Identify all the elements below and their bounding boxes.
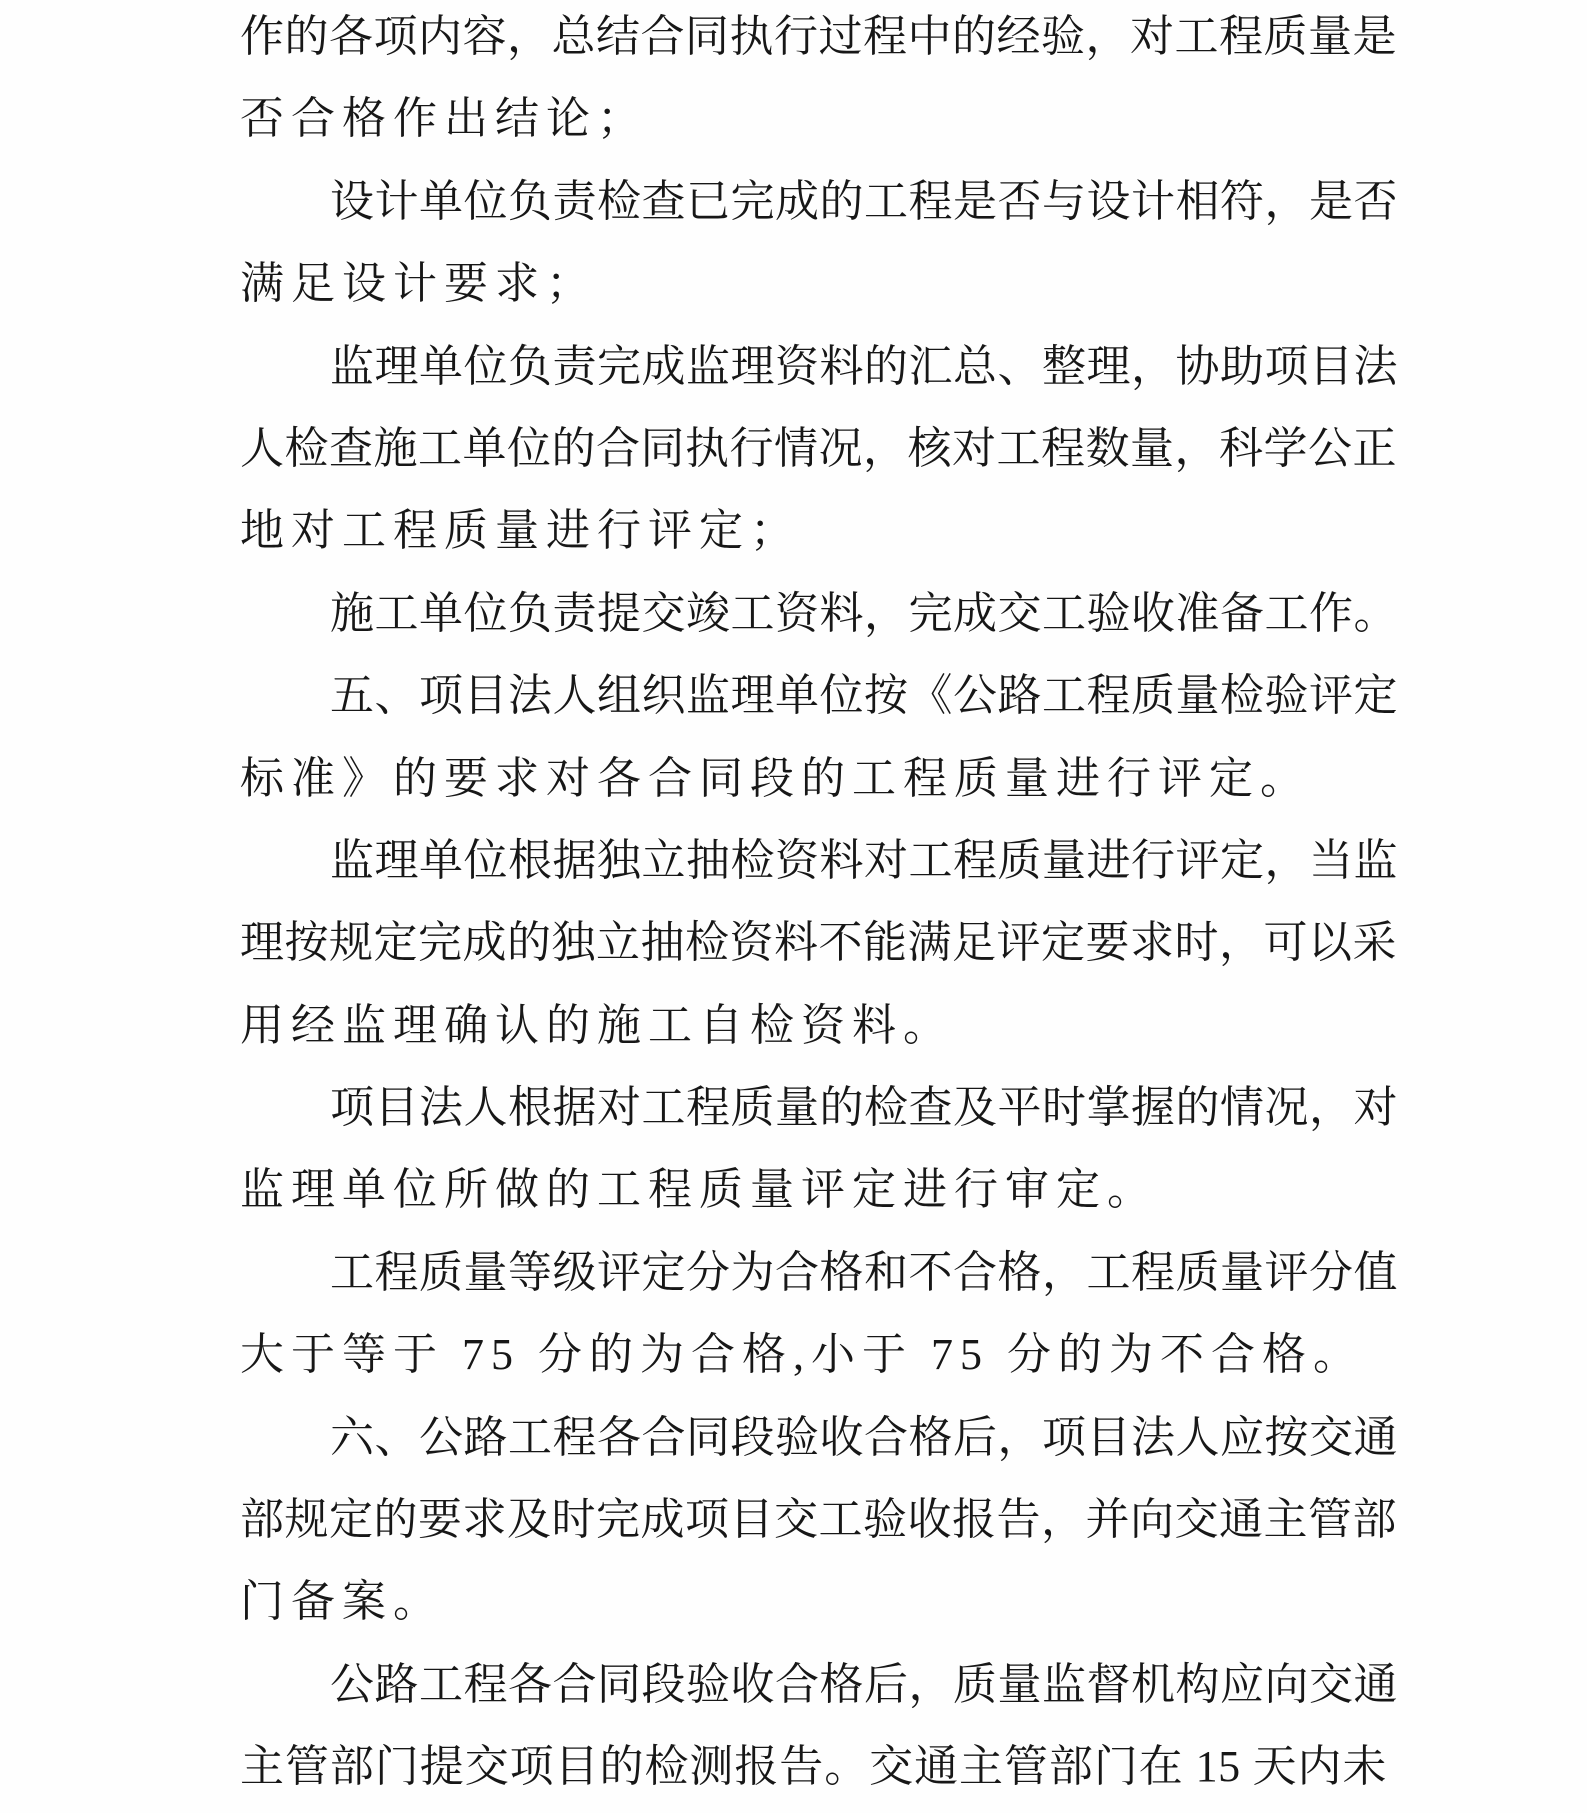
document-line: 项目法人根据对工程质量的检查及平时掌握的情况，对 — [240, 1067, 1387, 1149]
document-line: 标准》的要求对各合同段的工程质量进行评定。 — [240, 738, 1387, 820]
document-text-block: 作的各项内容，总结合同执行过程中的经验，对工程质量是 否合格作出结论； 设计单位… — [0, 0, 1387, 1809]
document-line: 理按规定完成的独立抽检资料不能满足评定要求时，可以采 — [240, 902, 1387, 984]
document-line: 监理单位所做的工程质量评定进行审定。 — [240, 1149, 1387, 1231]
document-line: 门备案。 — [240, 1561, 1387, 1643]
document-line: 否合格作出结论； — [240, 78, 1387, 160]
document-line: 施工单位负责提交竣工资料，完成交工验收准备工作。 — [240, 573, 1387, 655]
document-line: 设计单位负责检查已完成的工程是否与设计相符，是否 — [240, 161, 1387, 243]
document-page: 作的各项内容，总结合同执行过程中的经验，对工程质量是 否合格作出结论； 设计单位… — [0, 0, 1587, 1813]
document-line: 公路工程各合同段验收合格后，质量监督机构应向交通 — [240, 1644, 1387, 1726]
document-line: 作的各项内容，总结合同执行过程中的经验，对工程质量是 — [240, 0, 1387, 78]
document-line: 地对工程质量进行评定； — [240, 490, 1387, 572]
document-line: 部规定的要求及时完成项目交工验收报告，并向交通主管部 — [240, 1479, 1387, 1561]
document-line: 主管部门提交项目的检测报告。交通主管部门在 15 天内未 — [240, 1726, 1387, 1808]
document-line: 人检查施工单位的合同执行情况，核对工程数量，科学公正 — [240, 408, 1387, 490]
document-line: 五、项目法人组织监理单位按《公路工程质量检验评定 — [240, 655, 1387, 737]
document-line: 监理单位根据独立抽检资料对工程质量进行评定，当监 — [240, 820, 1387, 902]
document-line: 满足设计要求； — [240, 243, 1387, 325]
document-line: 工程质量等级评定分为合格和不合格，工程质量评分值 — [240, 1232, 1387, 1314]
document-line: 大于等于 75 分的为合格,小于 75 分的为不合格。 — [240, 1314, 1387, 1396]
document-line: 用经监理确认的施工自检资料。 — [240, 985, 1387, 1067]
document-line: 监理单位负责完成监理资料的汇总、整理，协助项目法 — [240, 326, 1387, 408]
document-line: 六、公路工程各合同段验收合格后，项目法人应按交通 — [240, 1397, 1387, 1479]
